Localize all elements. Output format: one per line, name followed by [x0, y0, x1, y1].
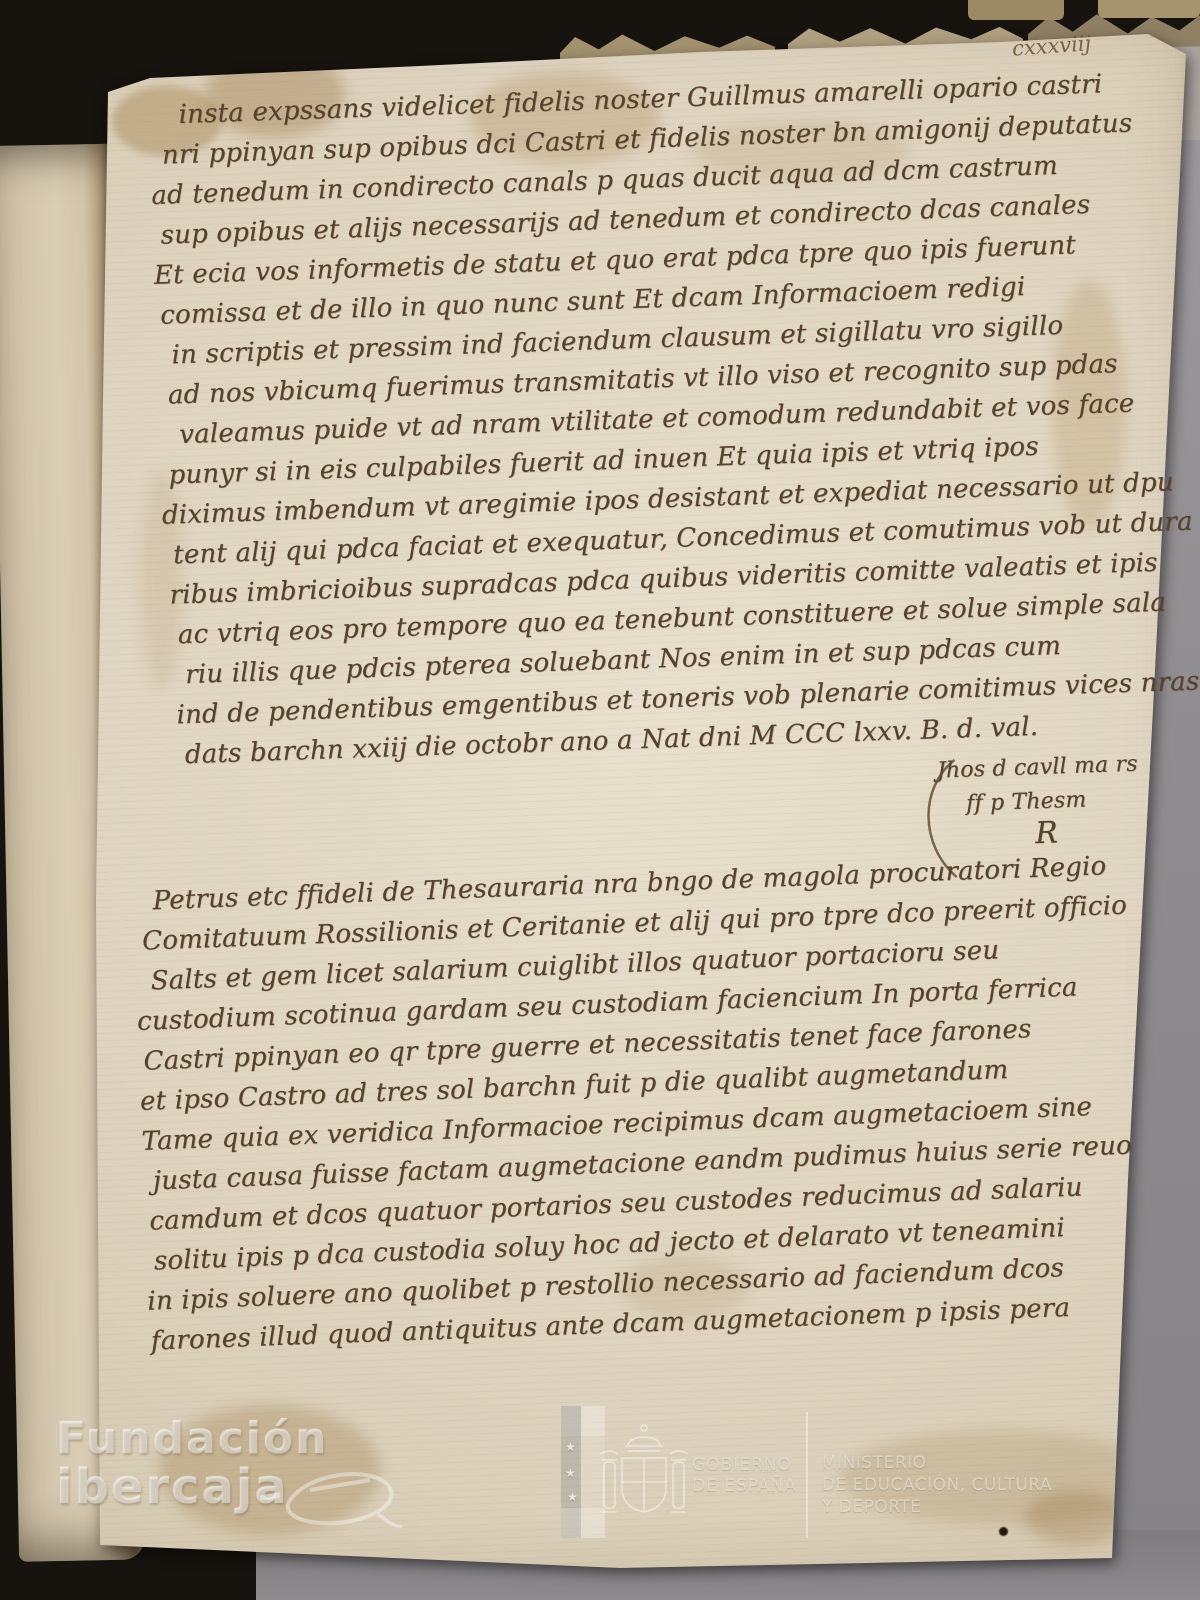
manuscript-photo: cxxxviij insta expssans videlicet fideli… [0, 0, 1200, 1600]
star-icon: ★ [565, 1466, 576, 1480]
gobierno-line2: DE ESPAÑA [692, 1476, 797, 1497]
ministerio-line3: Y DEPORTE [822, 1496, 1052, 1518]
gobierno-line1: GOBIERNO [692, 1455, 797, 1476]
ministerio-watermark: MINISTERIO DE EDUCACIÓN, CULTURA Y DEPOR… [822, 1452, 1052, 1518]
watermark-divider [806, 1412, 808, 1538]
ministerio-line1: MINISTERIO [822, 1452, 1052, 1474]
spain-coat-of-arms-icon [598, 1420, 690, 1530]
paragraph-1: insta expssans videlicet fidelis noster … [148, 62, 1200, 776]
manuscript-line: R [1035, 813, 1200, 849]
ibercaja-watermark-line2: ibercaja [56, 1462, 289, 1512]
star-icon: ★ [565, 1440, 576, 1454]
chancery-signature: Jhos d cavll ma rsff p ThesmR [936, 745, 1199, 852]
ibercaja-moneybox-icon [258, 1452, 408, 1537]
signature-lines: Jhos d cavll ma rsff p ThesmR [936, 745, 1199, 852]
paragraph-2: Petrus etc ffideli de Thesauraria nra bn… [132, 846, 1142, 1362]
star-icon: ★ [567, 1490, 578, 1504]
ministerio-line2: DE EDUCACIÓN, CULTURA [822, 1474, 1052, 1496]
gobierno-watermark: GOBIERNO DE ESPAÑA [692, 1455, 797, 1497]
